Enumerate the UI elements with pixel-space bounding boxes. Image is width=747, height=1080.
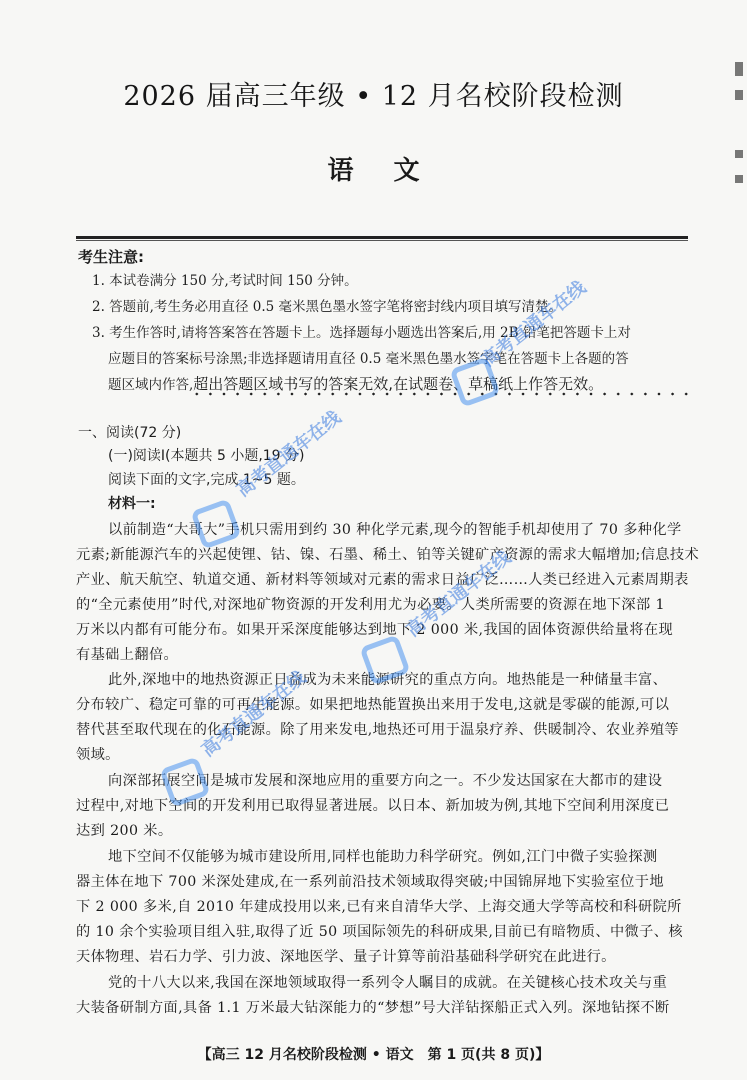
body-line: 党的十八大以来,我国在深地领域取得一系列令人瞩目的成就。在关键核心技术攻关与重 bbox=[108, 974, 667, 992]
body-line: 有基础上翻倍。 bbox=[76, 646, 178, 664]
notice-item-3-tail: 题区域内作答, bbox=[108, 377, 193, 393]
body-line: 分布较广、稳定可靠的可再生能源。如果把地热能置换出来用于发电,这就是零碳的能源,… bbox=[76, 696, 669, 714]
body-line: 元素;新能源汽车的兴起使锂、钴、镍、石墨、稀土、铂等关键矿产资源的需求大幅增加;… bbox=[76, 546, 699, 564]
body-line: 下 2 000 多米,自 2010 年建成投用以来,已有来自清华大学、上海交通大… bbox=[76, 898, 682, 916]
notice-item-1: 1. 本试卷满分 150 分,考试时间 150 分钟。 bbox=[92, 272, 358, 290]
body-line: 的“全元素使用”时代,对深地矿物资源的开发利用尤为必要。人类所需要的资源在地下深… bbox=[76, 596, 665, 614]
body-line: 万米以内都有可能分布。如果开采深度能够达到地下 2 000 米,我国的固体资源供… bbox=[76, 621, 673, 639]
notice-item-2: 2. 答题前,考生务必用直径 0.5 毫米黑色墨水签字笔将密封线内项目填写清楚。 bbox=[92, 298, 562, 316]
page-footer: 【高三 12 月名校阶段检测 • 语文 第 1 页(共 8 页)】 bbox=[0, 1044, 747, 1064]
page-edge-mark bbox=[735, 175, 743, 183]
body-line: 达到 200 米。 bbox=[76, 822, 172, 840]
notice-item-3: 3. 考生作答时,请将答案答在答题卡上。选择题每小题选出答案后,用 2B 铅笔把… bbox=[92, 324, 631, 342]
exam-title: 2026 届高三年级 • 12 月名校阶段检测 bbox=[0, 74, 747, 113]
header-divider bbox=[76, 236, 688, 241]
body-line: 的 10 余个实验项目组入驻,取得了近 50 项国际领先的科研成果,目前已有暗物… bbox=[76, 923, 683, 941]
body-line: 大装备研制方面,具备 1.1 万米最大钻深能力的“梦想”号大洋钻探船正式入列。深… bbox=[76, 999, 670, 1017]
sub-heading: (一)阅读Ⅰ(本题共 5 小题,19 分) bbox=[108, 447, 305, 465]
body-line: 过程中,对地下空间的开发利用已取得显著进展。以日本、新加坡为例,其地下空间利用深… bbox=[76, 797, 669, 815]
instruction: 阅读下面的文字,完成 1~5 题。 bbox=[108, 471, 305, 489]
body-line: 领域。 bbox=[76, 746, 120, 764]
body-line: 替代甚至取代现在的化石能源。除了用来发电,地热还可用于温泉疗养、供暖制冷、农业养… bbox=[76, 721, 679, 739]
body-line: 器主体在地下 700 米深处建成,在一系列前沿技术领域取得突破;中国锦屏地下实验… bbox=[76, 873, 664, 891]
emphasis-dots bbox=[190, 392, 690, 396]
material-label: 材料一: bbox=[108, 495, 156, 513]
page-edge-mark bbox=[735, 62, 743, 76]
body-line: 产业、航天航空、轨道交通、新材料等领域对元素的需求日益广泛……人类已经进入元素周… bbox=[76, 571, 689, 589]
body-line: 天体物理、岩石力学、引力波、深地医学、量子计算等前沿基础科学研究在此进行。 bbox=[76, 948, 616, 966]
notice-title: 考生注意: bbox=[78, 246, 144, 267]
notice-item-3-cont: 应题目的答案标号涂黑;非选择题请用直径 0.5 毫米黑色墨水签字笔在答题卡上各题… bbox=[108, 350, 629, 368]
page-edge-mark bbox=[735, 90, 743, 100]
page-edge-mark bbox=[735, 150, 743, 158]
notice-emphasis: 超出答题区域书写的答案无效,在试题卷、草稿纸上作答无效。 bbox=[193, 375, 603, 393]
exam-page: 2026 届高三年级 • 12 月名校阶段检测 语文 考生注意: 1. 本试卷满… bbox=[0, 0, 747, 1080]
section-heading: 一、阅读(72 分) bbox=[78, 424, 181, 442]
body-line: 地下空间不仅能够为城市建设所用,同样也能助力科学研究。例如,江门中微子实验探测 bbox=[108, 848, 658, 866]
subject-title: 语文 bbox=[0, 150, 747, 187]
watermark-logo-icon bbox=[190, 498, 241, 549]
